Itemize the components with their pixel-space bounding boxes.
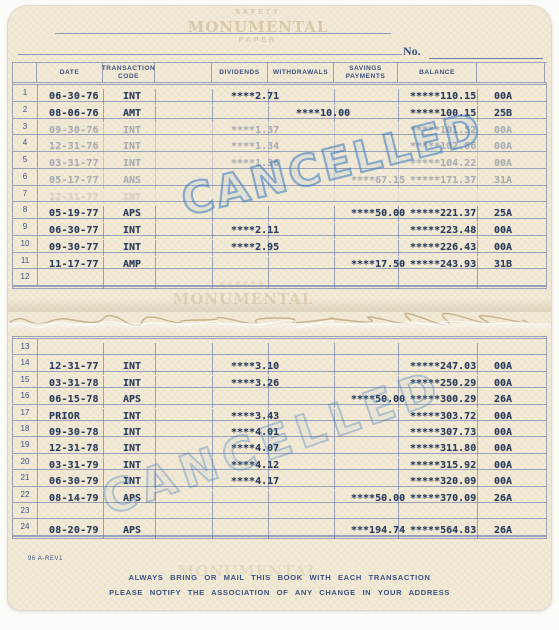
flag-cell: 26A — [478, 523, 546, 539]
date-cell: 12-31-76 — [38, 139, 104, 155]
withdrawals-cell — [269, 123, 335, 139]
balance-cell: *****101.52 — [399, 123, 478, 139]
balance-cell: *****100.15 — [399, 106, 478, 122]
savings-payments-cell — [335, 359, 399, 375]
blank-cell — [156, 474, 213, 490]
row-number: 24 — [13, 519, 38, 535]
withdrawals-cell — [269, 173, 335, 189]
date-cell: 09-30-77 — [38, 240, 104, 256]
balance-cell: *****250.29 — [399, 376, 478, 392]
transaction-code-cell: APS — [104, 392, 156, 408]
row-number: 8 — [13, 202, 38, 218]
blank-cell — [156, 425, 213, 441]
date-cell — [38, 507, 104, 523]
blank-cell — [156, 392, 213, 408]
dividends-cell — [213, 273, 269, 289]
savings-payments-cell — [335, 273, 399, 289]
date-cell: 12-31-78 — [38, 441, 104, 457]
blank-cell — [156, 190, 213, 206]
withdrawals-cell — [269, 392, 335, 408]
withdrawals-cell — [269, 89, 335, 105]
date-cell: 11-17-77 — [38, 257, 104, 273]
withdrawals-cell — [269, 156, 335, 172]
paper-watermark-top: SAFETY MONUMENTAL PAPER — [173, 9, 343, 45]
withdrawals-cell — [269, 523, 335, 539]
blank-cell — [156, 156, 213, 172]
savings-payments-header: SAVINGS PAYMENTS — [334, 63, 398, 82]
row-number: 5 — [13, 152, 38, 168]
bottom-rows-container: 13 14 12-31-77 INT ****3.10 *****247.03 … — [12, 339, 547, 536]
withdrawals-cell: ****10.00 — [269, 106, 335, 122]
dividends-cell — [213, 491, 269, 507]
footer-instruction-1: ALWAYS BRING OR MAIL THIS BOOK WITH EACH… — [8, 573, 551, 582]
account-number-label: No. — [403, 44, 421, 59]
savings-payments-cell — [335, 156, 399, 172]
row-number: 11 — [13, 253, 38, 269]
dividends-cell: ****2.11 — [213, 223, 269, 239]
flag-cell: 00A — [478, 458, 546, 474]
dividends-cell — [213, 106, 269, 122]
withdrawals-cell — [269, 474, 335, 490]
ledger-row: 1 06-30-76 INT ****2.71 *****110.15 00A — [13, 85, 546, 102]
withdrawals-cell — [269, 359, 335, 375]
row-number: 23 — [13, 503, 38, 519]
savings-payments-cell: ****17.50 — [335, 257, 399, 273]
savings-payments-cell — [335, 409, 399, 425]
flag-header — [477, 63, 545, 82]
transaction-code-cell: APS — [104, 523, 156, 539]
date-cell: 08-14-79 — [38, 491, 104, 507]
savings-payments-cell — [335, 223, 399, 239]
withdrawals-cell — [269, 491, 335, 507]
blank-cell — [156, 206, 213, 222]
transaction-code-cell: AMP — [104, 257, 156, 273]
transaction-code-cell: INT — [104, 190, 156, 206]
balance-cell: *****102.86 — [399, 139, 478, 155]
flag-cell: 26A — [478, 491, 546, 507]
savings-payments-cell — [335, 240, 399, 256]
date-cell: 06-30-79 — [38, 474, 104, 490]
blank-cell — [156, 223, 213, 239]
blank-cell — [156, 106, 213, 122]
watermark-paper: PAPER — [173, 37, 343, 46]
dividends-cell: ****4.12 — [213, 458, 269, 474]
savings-payments-cell — [335, 474, 399, 490]
date-header: DATE — [37, 63, 103, 82]
balance-cell: *****110.15 — [399, 89, 478, 105]
transaction-code-cell: APS — [104, 491, 156, 507]
withdrawals-cell — [269, 343, 335, 359]
ledger-row: 13 — [13, 339, 546, 355]
withdrawals-cell — [269, 240, 335, 256]
savings-payments-cell — [335, 425, 399, 441]
blank-cell — [156, 89, 213, 105]
savings-payments-cell: ****67.15 — [335, 173, 399, 189]
dividends-cell: ****2.71 — [213, 89, 269, 105]
blank-cell — [156, 359, 213, 375]
dividends-cell — [213, 507, 269, 523]
transaction-code-cell: INT — [104, 474, 156, 490]
transaction-code-cell: APS — [104, 206, 156, 222]
balance-cell: *****315.92 — [399, 458, 478, 474]
dividends-cell — [213, 190, 269, 206]
dividends-cell — [213, 343, 269, 359]
flag-cell: 00A — [478, 223, 546, 239]
row-number: 21 — [13, 470, 38, 486]
dividends-cell: ****4.07 — [213, 441, 269, 457]
date-cell: 03-31-78 — [38, 376, 104, 392]
dividends-cell: ****1.36 — [213, 156, 269, 172]
withdrawals-cell — [269, 273, 335, 289]
balance-cell: *****223.48 — [399, 223, 478, 239]
transaction-code-cell — [104, 273, 156, 289]
savings-payments-cell: ***194.74 — [335, 523, 399, 539]
dividends-cell: ****4.17 — [213, 474, 269, 490]
withdrawals-cell — [269, 507, 335, 523]
row-number: 12 — [13, 269, 38, 285]
row-number: 6 — [13, 169, 38, 185]
savings-payments-cell: ****50.00 — [335, 491, 399, 507]
transaction-code-cell: INT — [104, 458, 156, 474]
date-cell: 06-30-76 — [38, 89, 104, 105]
flag-cell: 00A — [478, 474, 546, 490]
withdrawals-cell — [269, 425, 335, 441]
row-number: 20 — [13, 454, 38, 470]
dividends-header: DIVIDENDS — [212, 63, 268, 82]
withdrawals-cell — [269, 458, 335, 474]
balance-cell: *****300.29 — [399, 392, 478, 408]
blank-cell — [156, 123, 213, 139]
flag-cell: 00A — [478, 240, 546, 256]
transaction-code-cell: INT — [104, 223, 156, 239]
balance-cell: *****303.72 — [399, 409, 478, 425]
flag-cell: 00A — [478, 441, 546, 457]
date-cell — [38, 273, 104, 289]
flag-cell: 25A — [478, 206, 546, 222]
blank-header — [155, 63, 212, 82]
balance-cell: *****221.37 — [399, 206, 478, 222]
dividends-cell — [213, 173, 269, 189]
date-cell: 05-19-77 — [38, 206, 104, 222]
dividends-cell — [213, 392, 269, 408]
savings-payments-cell — [335, 376, 399, 392]
date-cell: 08-06-76 — [38, 106, 104, 122]
transaction-code-cell: INT — [104, 441, 156, 457]
withdrawals-cell — [269, 139, 335, 155]
savings-payments-cell — [335, 458, 399, 474]
blank-cell — [156, 441, 213, 457]
row-number: 16 — [13, 388, 38, 404]
balance-cell: *****171.37 — [399, 173, 478, 189]
balance-cell: *****320.09 — [399, 474, 478, 490]
flag-cell — [478, 507, 546, 523]
footer-instruction-2: PLEASE NOTIFY THE ASSOCIATION OF ANY CHA… — [8, 588, 551, 597]
balance-cell: *****370.09 — [399, 491, 478, 507]
date-cell: PRIOR — [38, 409, 104, 425]
balance-cell — [399, 507, 478, 523]
blank-cell — [156, 273, 213, 289]
row-number: 17 — [13, 405, 38, 421]
savings-payments-cell: ****50.00 — [335, 392, 399, 408]
withdrawals-cell — [269, 376, 335, 392]
date-cell — [38, 343, 104, 359]
transaction-code-cell: AMT — [104, 106, 156, 122]
blank-cell — [156, 507, 213, 523]
flag-cell — [478, 273, 546, 289]
date-cell: 06-30-77 — [38, 223, 104, 239]
blank-cell — [156, 240, 213, 256]
transaction-code-cell: INT — [104, 376, 156, 392]
balance-cell: *****564.83 — [399, 523, 478, 539]
savings-payments-cell — [335, 441, 399, 457]
flag-cell: 31B — [478, 257, 546, 273]
dividends-cell: ****1.37 — [213, 123, 269, 139]
dividends-cell: ****2.95 — [213, 240, 269, 256]
savings-payments-cell — [335, 507, 399, 523]
blank-cell — [156, 523, 213, 539]
date-cell: 03-31-77 — [38, 156, 104, 172]
balance-cell: *****226.43 — [399, 240, 478, 256]
blank-cell — [156, 257, 213, 273]
second-rule-line — [18, 54, 402, 55]
ledger-header-row: DATE TRANSACTION CODE DIVIDENDS WITHDRAW… — [12, 62, 547, 82]
date-cell: 09-30-78 — [38, 425, 104, 441]
balance-cell — [399, 273, 478, 289]
dividends-cell — [213, 523, 269, 539]
withdrawals-cell — [269, 409, 335, 425]
withdrawals-cell — [269, 257, 335, 273]
balance-cell: *****104.22 — [399, 156, 478, 172]
account-number-blank-line — [429, 58, 543, 59]
blank-cell — [156, 343, 213, 359]
top-rule-line — [55, 33, 391, 34]
dividends-cell: ****3.43 — [213, 409, 269, 425]
row-number: 2 — [13, 102, 38, 118]
flag-cell: 00A — [478, 89, 546, 105]
row-number: 1 — [13, 85, 38, 101]
flag-cell: 00A — [478, 359, 546, 375]
date-cell: 12-31-77 — [38, 190, 104, 206]
flag-cell — [478, 190, 546, 206]
transaction-code-cell — [104, 343, 156, 359]
flag-cell — [478, 343, 546, 359]
transaction-code-cell: INT — [104, 139, 156, 155]
blank-cell — [156, 139, 213, 155]
savings-payments-cell — [335, 190, 399, 206]
flag-cell: 31A — [478, 173, 546, 189]
form-code: 96 A-REV1 — [28, 556, 63, 562]
row-number: 9 — [13, 219, 38, 235]
date-cell: 06-15-78 — [38, 392, 104, 408]
balance-cell: *****247.03 — [399, 359, 478, 375]
balance-cell — [399, 343, 478, 359]
balance-cell: *****311.80 — [399, 441, 478, 457]
balance-header: BALANCE — [398, 63, 477, 82]
page-fold-highlight — [8, 323, 551, 333]
blank-cell — [156, 376, 213, 392]
date-cell: 08-20-79 — [38, 523, 104, 539]
dividends-cell: ****4.01 — [213, 425, 269, 441]
transaction-code-cell: INT — [104, 123, 156, 139]
transaction-code-header: TRANSACTION CODE — [103, 63, 155, 82]
row-number: 18 — [13, 421, 38, 437]
savings-payments-cell — [335, 139, 399, 155]
transaction-code-cell: INT — [104, 89, 156, 105]
savings-payments-cell — [335, 343, 399, 359]
flag-cell: 00A — [478, 123, 546, 139]
transaction-code-cell: ANS — [104, 173, 156, 189]
row-number: 22 — [13, 487, 38, 503]
blank-cell — [156, 173, 213, 189]
row-number: 15 — [13, 372, 38, 388]
savings-payments-cell — [335, 106, 399, 122]
withdrawals-cell — [269, 190, 335, 206]
transaction-code-cell: INT — [104, 425, 156, 441]
transaction-code-cell: INT — [104, 156, 156, 172]
transaction-code-cell: INT — [104, 240, 156, 256]
flag-cell: 00A — [478, 376, 546, 392]
dividends-cell: ****3.10 — [213, 359, 269, 375]
flag-cell: 00A — [478, 425, 546, 441]
transaction-code-cell: INT — [104, 409, 156, 425]
row-number: 19 — [13, 437, 38, 453]
blank-cell — [156, 491, 213, 507]
balance-cell: *****307.73 — [399, 425, 478, 441]
ledger-table-top: DATE TRANSACTION CODE DIVIDENDS WITHDRAW… — [12, 62, 547, 289]
row-number: 3 — [13, 119, 38, 135]
withdrawals-cell — [269, 223, 335, 239]
flag-cell: 25B — [478, 106, 546, 122]
row-number: 13 — [13, 339, 38, 355]
blank-cell — [156, 409, 213, 425]
date-cell: 03-31-79 — [38, 458, 104, 474]
balance-cell — [399, 190, 478, 206]
balance-cell: *****243.93 — [399, 257, 478, 273]
flag-cell: 00A — [478, 139, 546, 155]
dividends-cell — [213, 206, 269, 222]
date-cell: 12-31-77 — [38, 359, 104, 375]
date-cell: 05-17-77 — [38, 173, 104, 189]
watermark-safety: SAFETY — [173, 9, 343, 18]
passbook-page: SAFETY MONUMENTAL PAPER No. DATE TRANSAC… — [8, 6, 551, 610]
blank-cell — [156, 458, 213, 474]
withdrawals-cell — [269, 206, 335, 222]
top-rows-container: 1 06-30-76 INT ****2.71 *****110.15 00A … — [12, 85, 547, 286]
savings-payments-cell: ****50.00 — [335, 206, 399, 222]
dividends-cell — [213, 257, 269, 273]
withdrawals-header: WITHDRAWALS — [268, 63, 334, 82]
row-number: 4 — [13, 135, 38, 151]
row-number-header — [12, 63, 37, 82]
row-number: 14 — [13, 355, 38, 371]
transaction-code-cell: INT — [104, 359, 156, 375]
dividends-cell: ****1.34 — [213, 139, 269, 155]
flag-cell: 00A — [478, 409, 546, 425]
flag-cell: 26A — [478, 392, 546, 408]
transaction-code-cell — [104, 507, 156, 523]
flag-cell: 00A — [478, 156, 546, 172]
date-cell: 09-30-76 — [38, 123, 104, 139]
row-number: 10 — [13, 236, 38, 252]
savings-payments-cell — [335, 123, 399, 139]
dividends-cell: ****3.26 — [213, 376, 269, 392]
withdrawals-cell — [269, 441, 335, 457]
savings-payments-cell — [335, 89, 399, 105]
row-number: 7 — [13, 186, 38, 202]
ledger-table-bottom: 13 14 12-31-77 INT ****3.10 *****247.03 … — [12, 336, 547, 539]
